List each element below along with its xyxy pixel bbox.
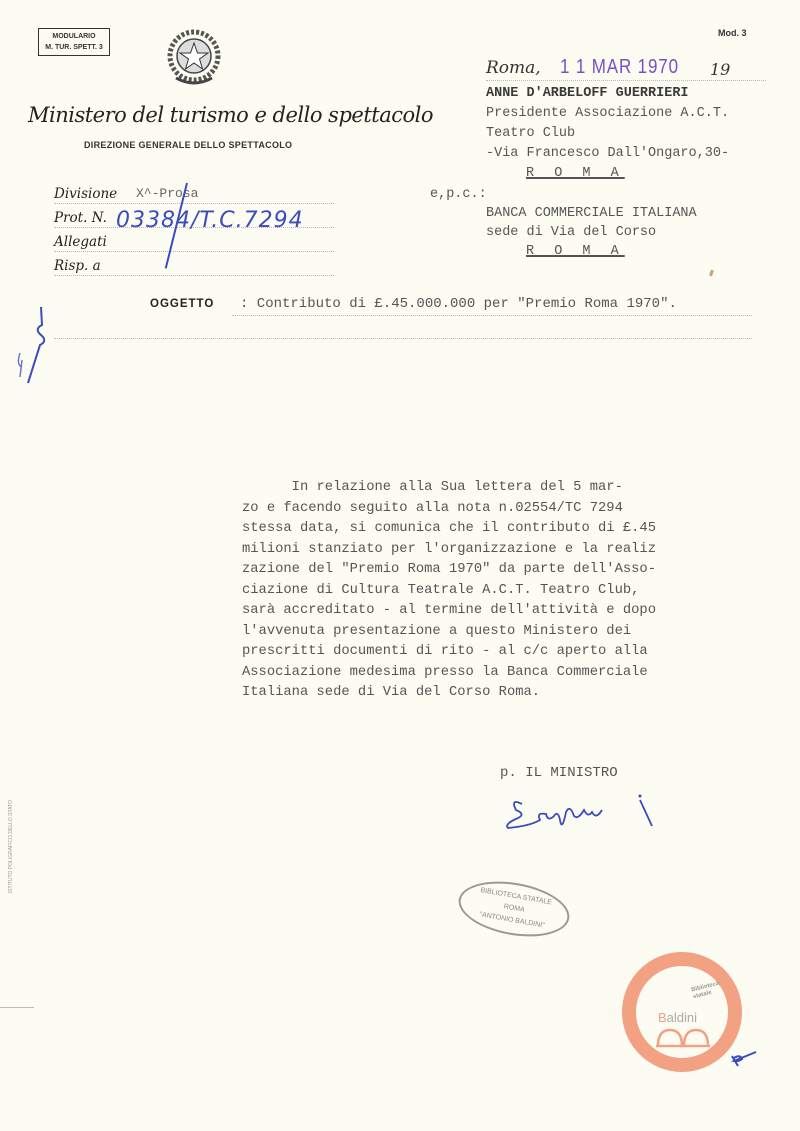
direzione-generale: DIREZIONE GENERALE DELLO SPETTACOLO <box>84 140 292 150</box>
open-book-icon <box>656 1026 710 1048</box>
signature-label: p. IL MINISTRO <box>500 765 618 781</box>
date-place: Roma, <box>486 58 541 78</box>
recipient-address: ANNE D'ARBELOFF GUERRIERIPresidente Asso… <box>486 84 729 184</box>
recipient-city: R O M A <box>526 166 625 181</box>
cc-city: R O M A <box>526 244 625 259</box>
modulario-line-1: MODULARIO <box>39 31 109 42</box>
body-line: In relazione alla Sua lettera del 5 mar- <box>242 478 782 499</box>
prot-label: Prot. N. <box>54 210 107 226</box>
risp-label: Risp. a <box>54 258 101 274</box>
mod-number: Mod. 3 <box>718 28 747 38</box>
prot-handwritten-value: 03384/T.C.7294 <box>116 208 304 233</box>
body-line: ciazione di Cultura Teatrale A.C.T. Teat… <box>242 581 782 602</box>
recipient-name: ANNE D'ARBELOFF GUERRIERI <box>486 84 729 104</box>
cc-line: BANCA COMMERCIALE ITALIANA <box>486 204 697 223</box>
printer-imprint: ISTITUTO POLIGRAFICO DELLO STATO <box>8 800 14 893</box>
subject-rule-2 <box>54 338 752 339</box>
year-prefix: 19 <box>710 60 730 79</box>
body-line: zo e facendo seguito alla nota n.02554/T… <box>242 499 782 520</box>
ministry-name: Ministero del turismo e dello spettacolo <box>28 103 433 127</box>
cc-address: BANCA COMMERCIALE ITALIANAsede di Via de… <box>486 204 697 261</box>
divisione-label: Divisione <box>54 186 117 202</box>
recipient-line: Presidente Associazione A.C.T. <box>486 104 729 124</box>
cc-line: sede di Via del Corso <box>486 223 697 242</box>
subject-rule <box>232 315 752 316</box>
allegati-label: Allegati <box>54 234 107 250</box>
recipient-line: Teatro Club <box>486 124 729 144</box>
date-stamp: 1 1 MAR 1970 <box>560 56 679 79</box>
body-line: Associazione medesima presso la Banca Co… <box>242 663 782 684</box>
body-line: Italiana sede di Via del Corso Roma. <box>242 683 782 704</box>
handwritten-signature-icon <box>500 790 660 840</box>
modulario-line-2: M. TUR. SPETT. 3 <box>39 42 109 53</box>
logo-name-rest: aldini <box>667 1010 697 1025</box>
corner-handwritten-mark-icon <box>730 1050 760 1070</box>
logo-name: Baldini <box>658 1010 697 1025</box>
italian-republic-emblem-icon <box>164 28 224 90</box>
divisione-value: X^-Prosa <box>136 186 198 201</box>
body-line: l'avvenuta presentazione a questo Minist… <box>242 622 782 643</box>
fold-mark <box>0 1007 34 1008</box>
body-line: zazione del "Premio Roma 1970" da parte … <box>242 560 782 581</box>
margin-handwritten-mark-icon <box>14 305 54 385</box>
ink-mark <box>709 270 714 277</box>
body-line: sarà accreditato - al termine dell'attiv… <box>242 601 782 622</box>
body-line: milioni stanziato per l'organizzazione e… <box>242 540 782 561</box>
library-stamp: BIBLIOTECA STATALE ROMA "ANTONIO BALDINI… <box>454 874 573 945</box>
logo-small-text: Biblioteca statale <box>691 981 722 1002</box>
subject-label: OGGETTO <box>150 298 214 310</box>
logo-initial: B <box>658 1010 667 1025</box>
field-risp: Risp. a <box>54 252 334 276</box>
letter-body: In relazione alla Sua lettera del 5 mar-… <box>242 478 782 704</box>
modulario-box: MODULARIO M. TUR. SPETT. 3 <box>38 28 110 56</box>
subject-text: : Contributo di £.45.000.000 per "Premio… <box>240 296 677 312</box>
body-line: stessa data, si comunica che il contribu… <box>242 519 782 540</box>
recipient-line: -Via Francesco Dall'Ongaro,30- <box>486 144 729 164</box>
body-line: prescritti documenti di rito - al c/c ap… <box>242 642 782 663</box>
cc-label: e,p.c.: <box>430 187 487 202</box>
field-divisione: Divisione X^-Prosa <box>54 180 334 204</box>
baldini-library-logo: Biblioteca statale Baldini <box>622 952 742 1072</box>
